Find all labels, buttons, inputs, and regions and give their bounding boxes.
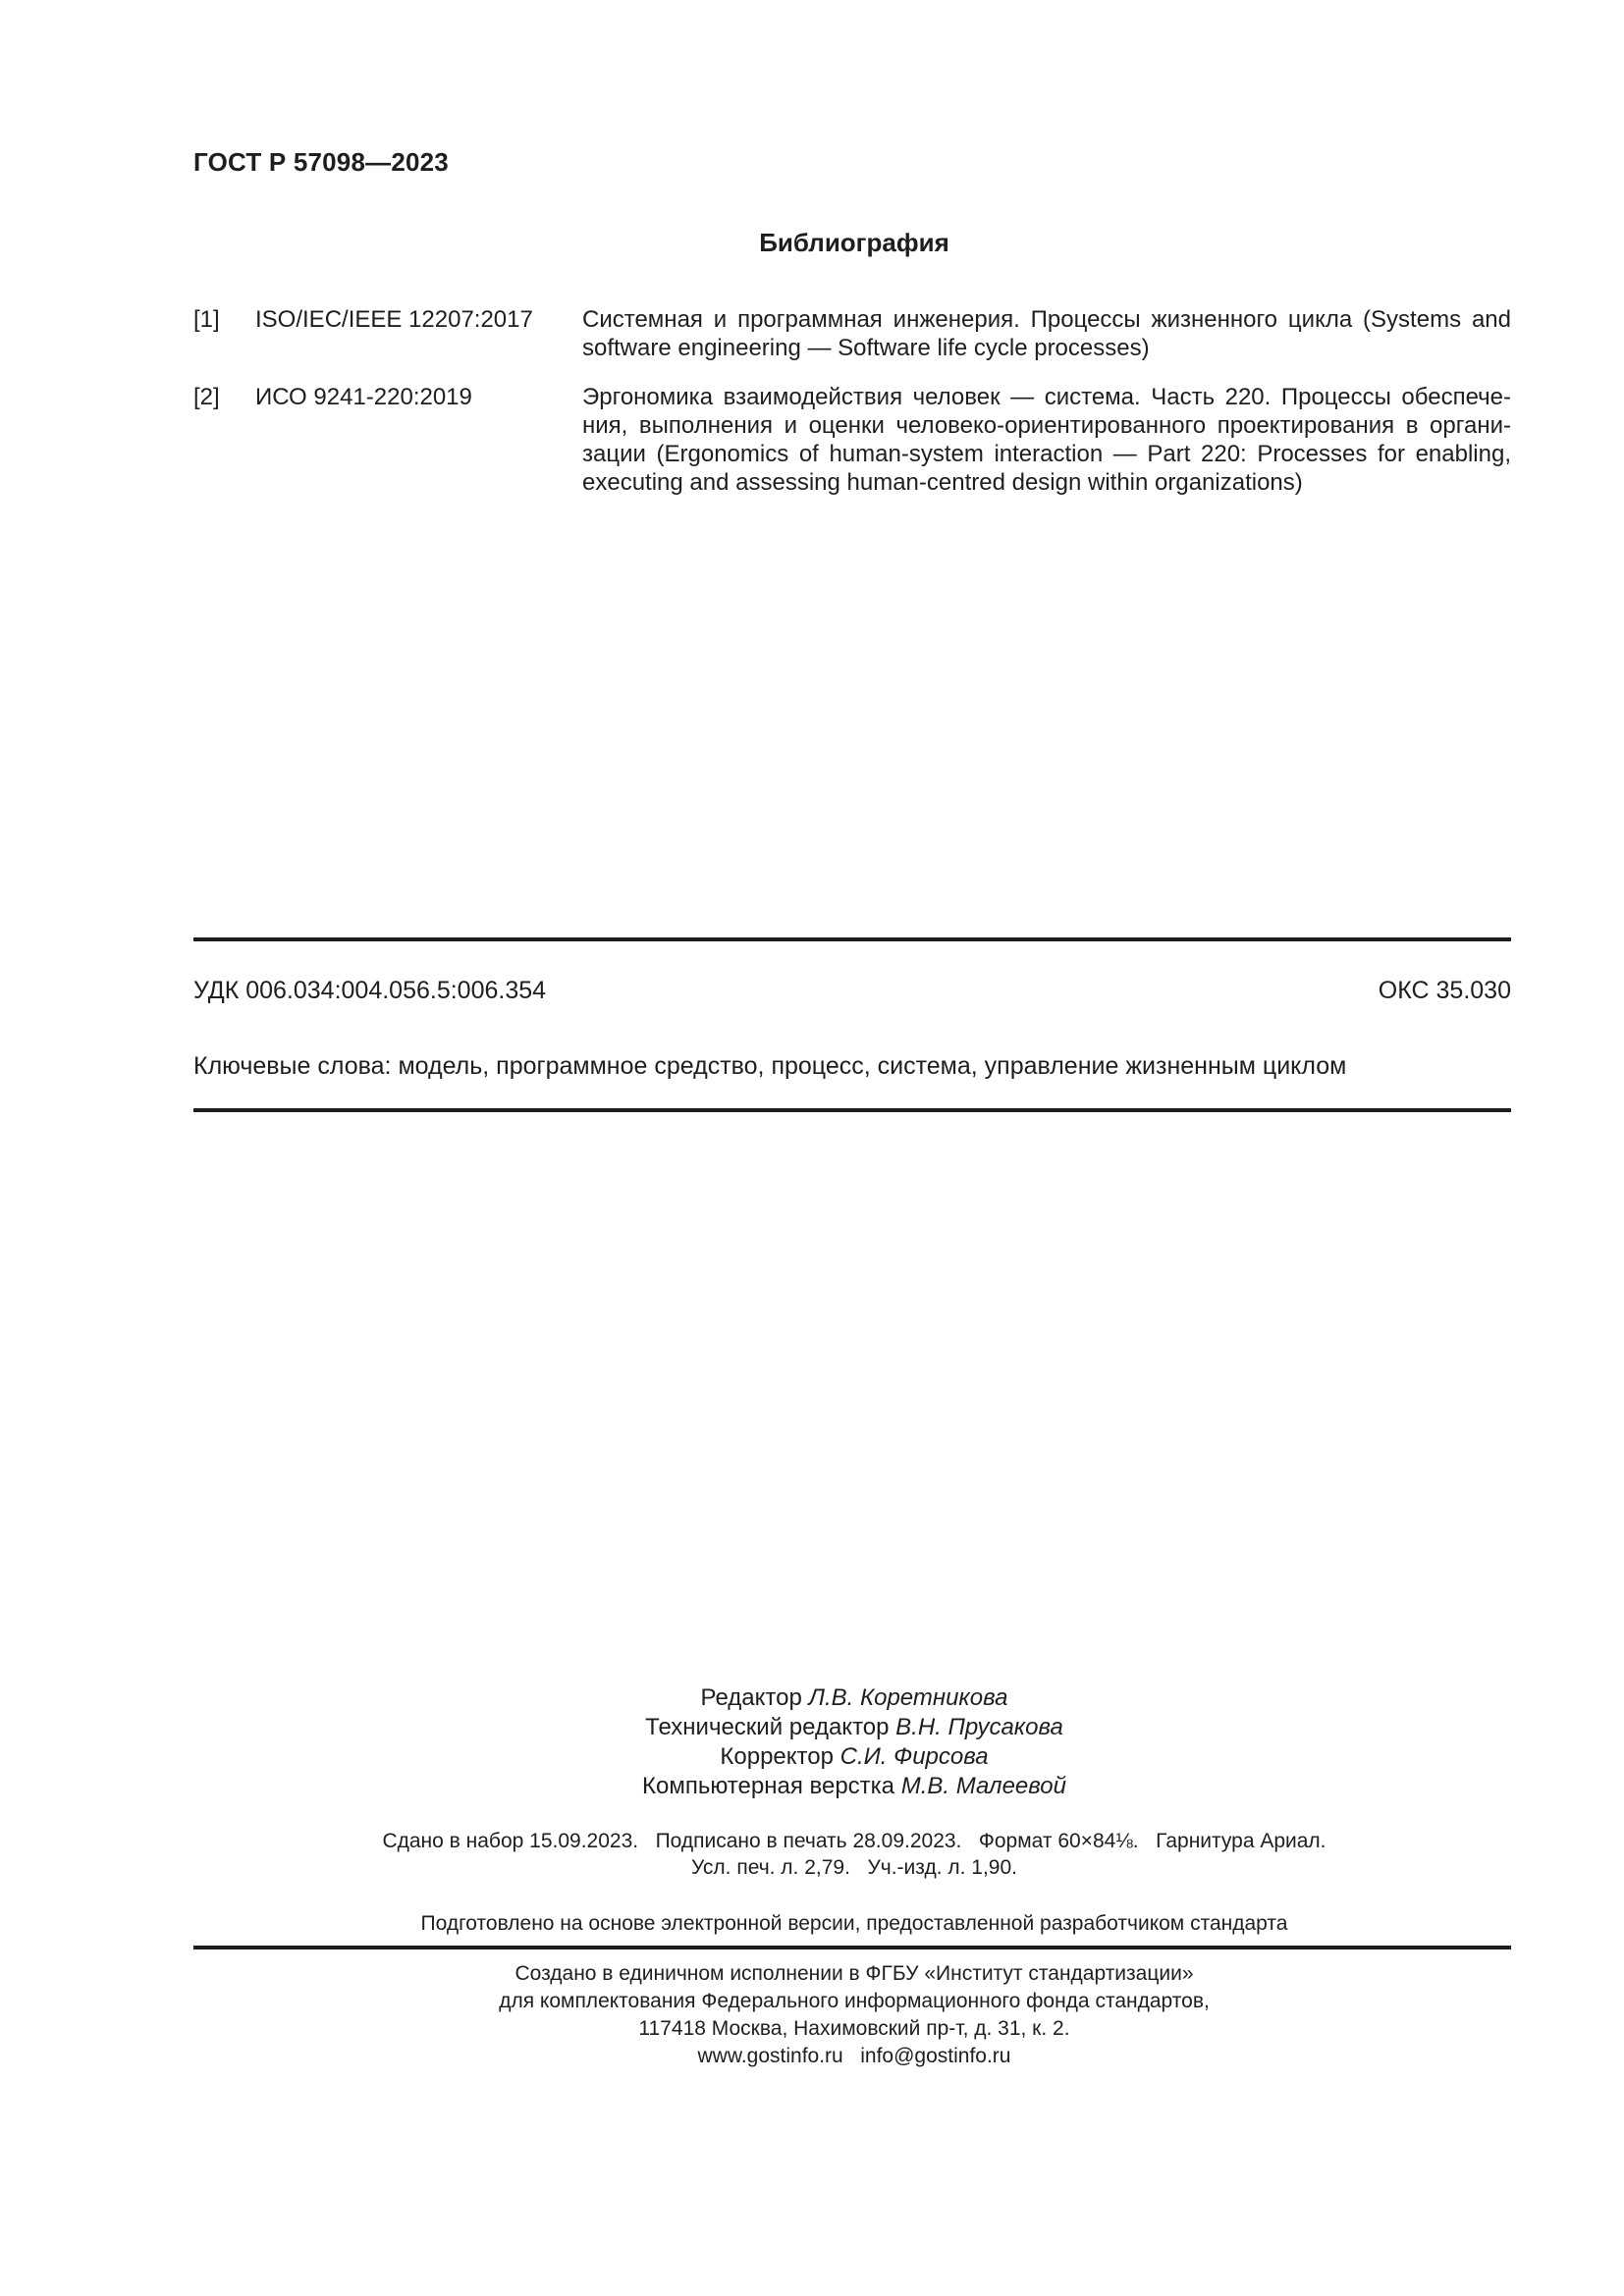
bibliography-title: Библиография (0, 228, 1624, 258)
publisher-block: Создано в единичном исполнении в ФГБУ «И… (0, 1960, 1624, 2070)
credits-block: Редактор Л.В. Коретникова Технический ре… (0, 1683, 1624, 1801)
divider (193, 1946, 1511, 1949)
imprint-line: Усл. печ. л. 2,79. Уч.-изд. л. 1,90. (0, 1854, 1624, 1881)
oks-code: ОКС 35.030 (1379, 977, 1511, 1005)
imprint-line: Сдано в набор 15.09.2023. Подписано в пе… (0, 1828, 1624, 1854)
credit-proofreader: Корректор С.И. Фирсова (0, 1742, 1624, 1772)
divider (193, 1108, 1511, 1112)
imprint-block: Сдано в набор 15.09.2023. Подписано в пе… (0, 1828, 1624, 1881)
entry-standard-code: ИСО 9241-220:2019 (255, 383, 472, 411)
entry-number: [1] (193, 305, 220, 334)
publisher-address: 117418 Москва, Нахимовский пр-т, д. 31, … (0, 2015, 1624, 2043)
divider (193, 937, 1511, 941)
entry-number: [2] (193, 383, 220, 411)
document-code: ГОСТ Р 57098—2023 (193, 147, 449, 178)
website-link[interactable]: www.gostinfo.ru (698, 2045, 843, 2067)
publisher-contacts: www.gostinfo.ru info@gostinfo.ru (0, 2043, 1624, 2070)
entry-title: Системная и программная инженерия. Проце… (582, 305, 1511, 362)
publisher-line: Создано в единичном исполнении в ФГБУ «И… (0, 1960, 1624, 1988)
bibliography-entry: [2] ИСО 9241-220:2019 Эргономика взаимод… (193, 383, 1511, 497)
credit-layout: Компьютерная верстка М.В. Малеевой (0, 1772, 1624, 1801)
email-link[interactable]: info@gostinfo.ru (860, 2045, 1010, 2067)
entry-standard-code: ISO/IEC/IEEE 12207:2017 (255, 305, 533, 334)
credit-technical-editor: Технический редактор В.Н. Прусакова (0, 1713, 1624, 1742)
entry-title: Эргономика взаимодействия человек — сист… (582, 383, 1511, 497)
credit-editor: Редактор Л.В. Коретникова (0, 1683, 1624, 1713)
prepared-note: Подготовлено на основе электронной верси… (0, 1912, 1624, 1936)
publisher-line: для комплектования Федерального информац… (0, 1988, 1624, 2015)
bibliography-entry: [1] ISO/IEC/IEEE 12207:2017 Системная и … (193, 305, 1511, 362)
udk-code: УДК 006.034:004.056.5:006.354 (193, 977, 546, 1005)
keywords: Ключевые слова: модель, программное сред… (193, 1052, 1346, 1081)
